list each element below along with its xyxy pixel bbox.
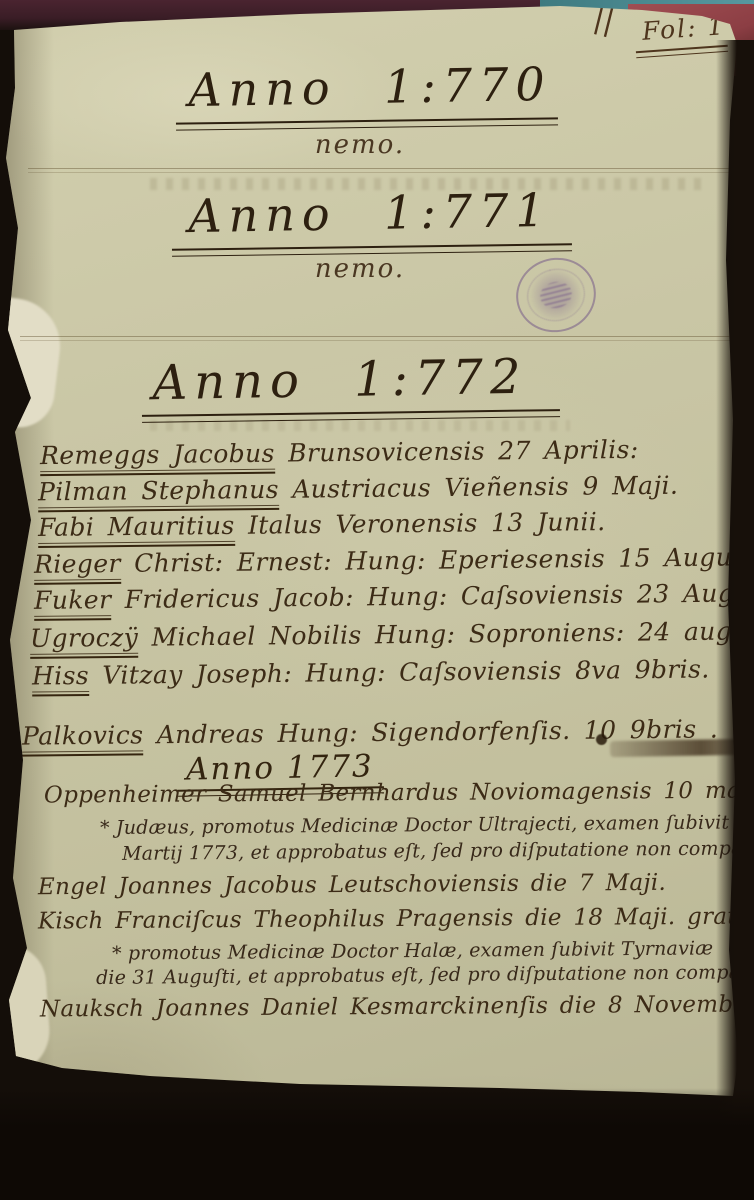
- marginal-note-line: die 31 Auguſti, et approbatus eſt, ſed p…: [96, 961, 754, 989]
- entry-details: Leutschoviensis die 7 Maji.: [329, 870, 667, 898]
- entry-details: Brunsovicensis 27 Aprilis:: [288, 435, 639, 468]
- register-entry: Nauksch Joannes Daniel Kesmarckinenſis d…: [40, 992, 741, 1023]
- entry-name: Oppenheimer Samuel Bernhardus: [44, 780, 459, 809]
- library-stamp: [508, 249, 604, 340]
- entry-name: Engel Joannes Jacobus: [38, 872, 317, 900]
- marginal-note-line: * promotus Medicinæ Doctor Halæ, examen …: [112, 937, 713, 964]
- register-entry: Oppenheimer Samuel Bernhardus Noviomagen…: [44, 777, 754, 808]
- entry-name: Palkovics: [22, 720, 144, 756]
- entry-details: Austriacus Vieñensis 9 Maji.: [292, 471, 678, 504]
- entry-details: Italus Veronensis 13 Junii.: [248, 507, 606, 540]
- entry-name: Pilman Stephanus: [38, 475, 279, 513]
- entry-name: Rieger: [34, 549, 121, 585]
- register-entry: Kisch Franciſcus Theophilus Pragensis di…: [38, 903, 754, 934]
- entry-name: Fabi Mauritius: [38, 511, 235, 548]
- folio-underline: [636, 45, 728, 58]
- entry-details: Vitzay Joseph: Hung: Caſsoviensis 8va 9b…: [102, 654, 710, 689]
- ink-blot: [596, 734, 607, 745]
- heading-anno-1771: Anno 1:771: [150, 182, 591, 244]
- register-entry: Remeggs Jacobus Brunsovicensis 27 Aprili…: [40, 435, 639, 470]
- heading-anno-1770: Anno 1:770: [150, 56, 591, 118]
- note-nemo-1770: nemo.: [250, 130, 470, 160]
- entry-details: Christ: Ernest: Hung: Eperiesensis 15 Au…: [134, 542, 754, 578]
- note-nemo-1771: nemo.: [240, 254, 480, 284]
- book-edge-shadow-right: [716, 40, 754, 1200]
- entry-name: Kisch Franciſcus Theophilus: [38, 906, 385, 934]
- marginal-note-line: Martij 1773, et approbatus eſt, ſed pro …: [122, 837, 754, 865]
- horizontal-crease: [20, 336, 734, 341]
- heading-anno-1772: Anno 1:772: [120, 348, 561, 412]
- marginal-note-line: * Judæus, promotus Medicinæ Doctor Ultra…: [100, 811, 754, 839]
- entry-name: Remeggs Jacobus: [40, 439, 275, 476]
- register-entry: Hiss Vitzay Joseph: Hung: Caſsoviensis 8…: [32, 654, 710, 690]
- register-entry: Fuker Fridericus Jacob: Hung: Caſsoviens…: [34, 578, 754, 615]
- register-entry: Rieger Christ: Ernest: Hung: Eperiesensi…: [34, 542, 754, 579]
- entry-name: Hiss: [32, 661, 89, 697]
- horizontal-crease: [28, 168, 732, 173]
- heading-underline: [176, 117, 558, 130]
- entry-name: Ugroczÿ: [30, 623, 139, 659]
- torn-paper-patch: [0, 296, 66, 431]
- entry-name: Fuker: [34, 585, 112, 621]
- register-entry: Pilman Stephanus Austriacus Vieñensis 9 …: [38, 471, 679, 507]
- register-entry: Fabi Mauritius Italus Veronensis 13 Juni…: [38, 507, 606, 542]
- entry-name: Nauksch Joannes Daniel: [40, 994, 339, 1022]
- entry-details: Noviomagensis 10 martii: [470, 777, 754, 805]
- entry-details: Fridericus Jacob: Hung: Caſsoviensis 23 …: [125, 578, 754, 614]
- entry-details: Pragensis die 18 Maji. gratis.: [397, 903, 754, 932]
- book-edge-shadow-bottom: [0, 1088, 754, 1200]
- register-entry: Engel Joannes Jacobus Leutschoviensis di…: [38, 870, 666, 900]
- manuscript-page: || Fol: 1 Anno 1:770 nemo. Anno 1:771 ne…: [0, 0, 754, 1200]
- entry-details: Michael Nobilis Hung: Soproniens: 24 aug…: [151, 616, 754, 652]
- register-entry: Ugroczÿ Michael Nobilis Hung: Soproniens…: [30, 616, 754, 653]
- entry-details: Kesmarckinenſis die 8 Novemb.: [350, 992, 741, 1021]
